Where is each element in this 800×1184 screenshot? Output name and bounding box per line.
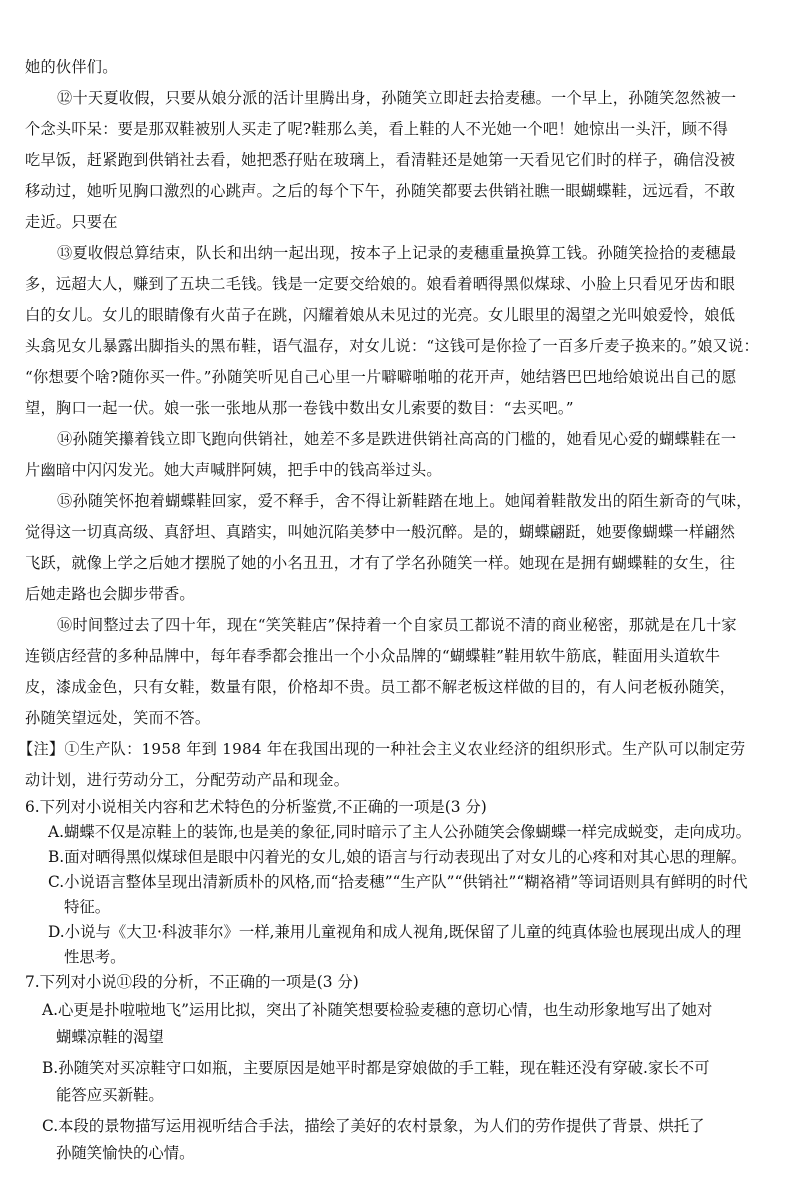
paragraph-13-line: “你想要个啥?随你买一件。”孙随笑听见自己心里一片噼噼啪啪的花开声，她结碆巴巴地… — [25, 367, 737, 387]
question-7-option-a-cont: 蝴蝶凉鞋的渴望 — [56, 1027, 164, 1047]
question-7-option-c: C.本段的景物描写运用视听结合手法，描绘了美好的农村景象，为人们的劳作提供了背景… — [42, 1116, 705, 1136]
paragraph-12-line: 移动过，她听见胸口激烈的心跳声。之后的每个下午，孙随笑都要去供销社瞧一眼蝴蝶鞋，… — [25, 181, 735, 201]
paragraph-13-line: 多，远超大人，赚到了五块二毛钱。钱是一定要交给娘的。娘看着晒得黑似煤球、小脸上只… — [25, 274, 735, 294]
paragraph-16-line: 孙随笑望远处，笑而不答。 — [25, 708, 210, 728]
paragraph-13-line: 白的女儿。女儿的眼睛像有火苗子在跳，闪耀着娘从未见过的光亮。女儿眼里的渴望之光叫… — [25, 305, 735, 325]
paragraph-12-line: 吃早饭，赶紧跑到供销社去看，她把悉孖贴在玻璃上，看清鞋还是她第一天看见它们时的样… — [25, 150, 735, 170]
paragraph-13-line: ⑬夏收假总算结束，队长和出纳一起出现，按本子上记录的麦穗重量换算工钱。孙随笑捡拾… — [57, 243, 736, 263]
paragraph-15-line: 飞跃，就像上学之后她才摆脱了她的小名丑丑，才有了学名孙随笑一样。她现在是拥有蝴蝶… — [25, 553, 735, 573]
question-7-stem: 7.下列对小说⑪段的分析，不正确的一项是(3 分) — [25, 972, 359, 992]
question-6-option-d-cont: 性思考。 — [64, 947, 126, 967]
paragraph-15-line: ⑮孙随笑怀抱着蝴蝶鞋回家，爱不释手，舍不得让新鞋踏在地上。她闻着鞋散发出的陌生新… — [57, 491, 752, 511]
paragraph-14-line: 片幽暗中闪闪发光。她大声喊胖阿姨，把手中的钱高举过头。 — [25, 460, 442, 480]
question-6-option-d: D.小说与《大卫·科波菲尔》一样,兼用儿童视角和成人视角,既保留了儿童的纯真体验… — [48, 922, 741, 942]
paragraph-16-line: 连锁店经营的多种品牌中，每年春季都会推出一个小众品牌的“蝴蝶鞋”鞋用软牛筋底，鞋… — [25, 646, 720, 666]
question-6-stem: 6.下列对小说相关内容和艺术特色的分析鉴赏,不正确的一项是(3 分) — [25, 797, 487, 817]
paragraph-13-line: 头翕见女儿暴露出脚指头的黑布鞋，语气温存，对女儿说：“这钱可是你捡了一百多斤麦子… — [25, 336, 759, 356]
paragraph-12-line: 走近。只要在 — [25, 212, 118, 232]
note-line: 动计划，进行劳动分工，分配劳动产品和现金。 — [25, 770, 349, 790]
question-7-option-b: B.孙随笑对买凉鞋守口如瓶，主要原因是她平时都是穿娘做的手工鞋，现在鞋还没有穿破… — [42, 1058, 710, 1078]
question-7-option-c-cont: 孙随笑愉快的心情。 — [56, 1143, 195, 1163]
paragraph-12-line: 个念头吓呆：要是那双鞋被别人买走了呢?鞋那么美，看上鞋的人不光她一个吧！她惊出一… — [25, 119, 728, 139]
paragraph-14-line: ⑭孙随笑攥着钱立即飞跑向供销社，她差不多是跌进供销社高高的门槛的，她看见心爱的蝴… — [57, 429, 736, 449]
question-6-option-c: C.小说语言整体呈现出清新质朴的风格,而“拾麦穗”“生产队”“供销社”“糊袼褙”… — [48, 872, 748, 892]
paragraph-15-line: 觉得这一切真高级、真舒坦、真踏实，叫她沉陷美梦中一般沉醉。是的，蝴蝶翩跹，她要像… — [25, 522, 735, 542]
paragraph-11-tail-line: 她的伙伴们。 — [25, 57, 118, 77]
exam-page: 她的伙伴们。 ⑫十天夏收假，只要从娘分派的活计里腾出身，孙随笑立即赶去拾麦穗。一… — [0, 0, 800, 1184]
question-7-option-b-cont: 能答应买新鞋。 — [56, 1085, 164, 1105]
question-6-option-a: A.蝴蝶不仅是凉鞋上的装饰,也是美的象征,同时暗示了主人公孙随笑会像蝴蝶一样完成… — [48, 822, 751, 842]
paragraph-13-line: 望，胸口一起一伏。娘一张一张地从那一卷钱中数出女儿索要的数目：“去买吧。” — [25, 398, 574, 418]
question-6-option-c-cont: 特征。 — [64, 897, 110, 917]
paragraph-16-line: 皮，漆成金色，只有女鞋，数量有限，价格却不贵。员工都不解老板这样做的目的，有人问… — [25, 677, 735, 697]
paragraph-15-line: 后她走路也会脚步带香。 — [25, 584, 195, 604]
paragraph-16-line: ⑯时间整过去了四十年，现在“笑笑鞋店”保持着一个自家员工都说不清的商业秘密，那就… — [57, 615, 737, 635]
paragraph-12-line: ⑫十天夏收假，只要从娘分派的活计里腾出身，孙随笑立即赶去拾麦穗。一个早上，孙随笑… — [57, 88, 736, 108]
question-6-option-b: B.面对晒得黑似煤球但是眼中闪着光的女儿,娘的语言与行动表现出了对女儿的心疼和对… — [48, 847, 746, 867]
question-7-option-a: A.心更是扑啦啦地飞”运用比拟，突出了补随笑想要检验麦穗的意切心情，也生动形象地… — [42, 1000, 712, 1020]
note-line: 【注】①生产队：1958 年到 1984 年在我国出现的一种社会主义农业经济的组… — [18, 739, 745, 759]
